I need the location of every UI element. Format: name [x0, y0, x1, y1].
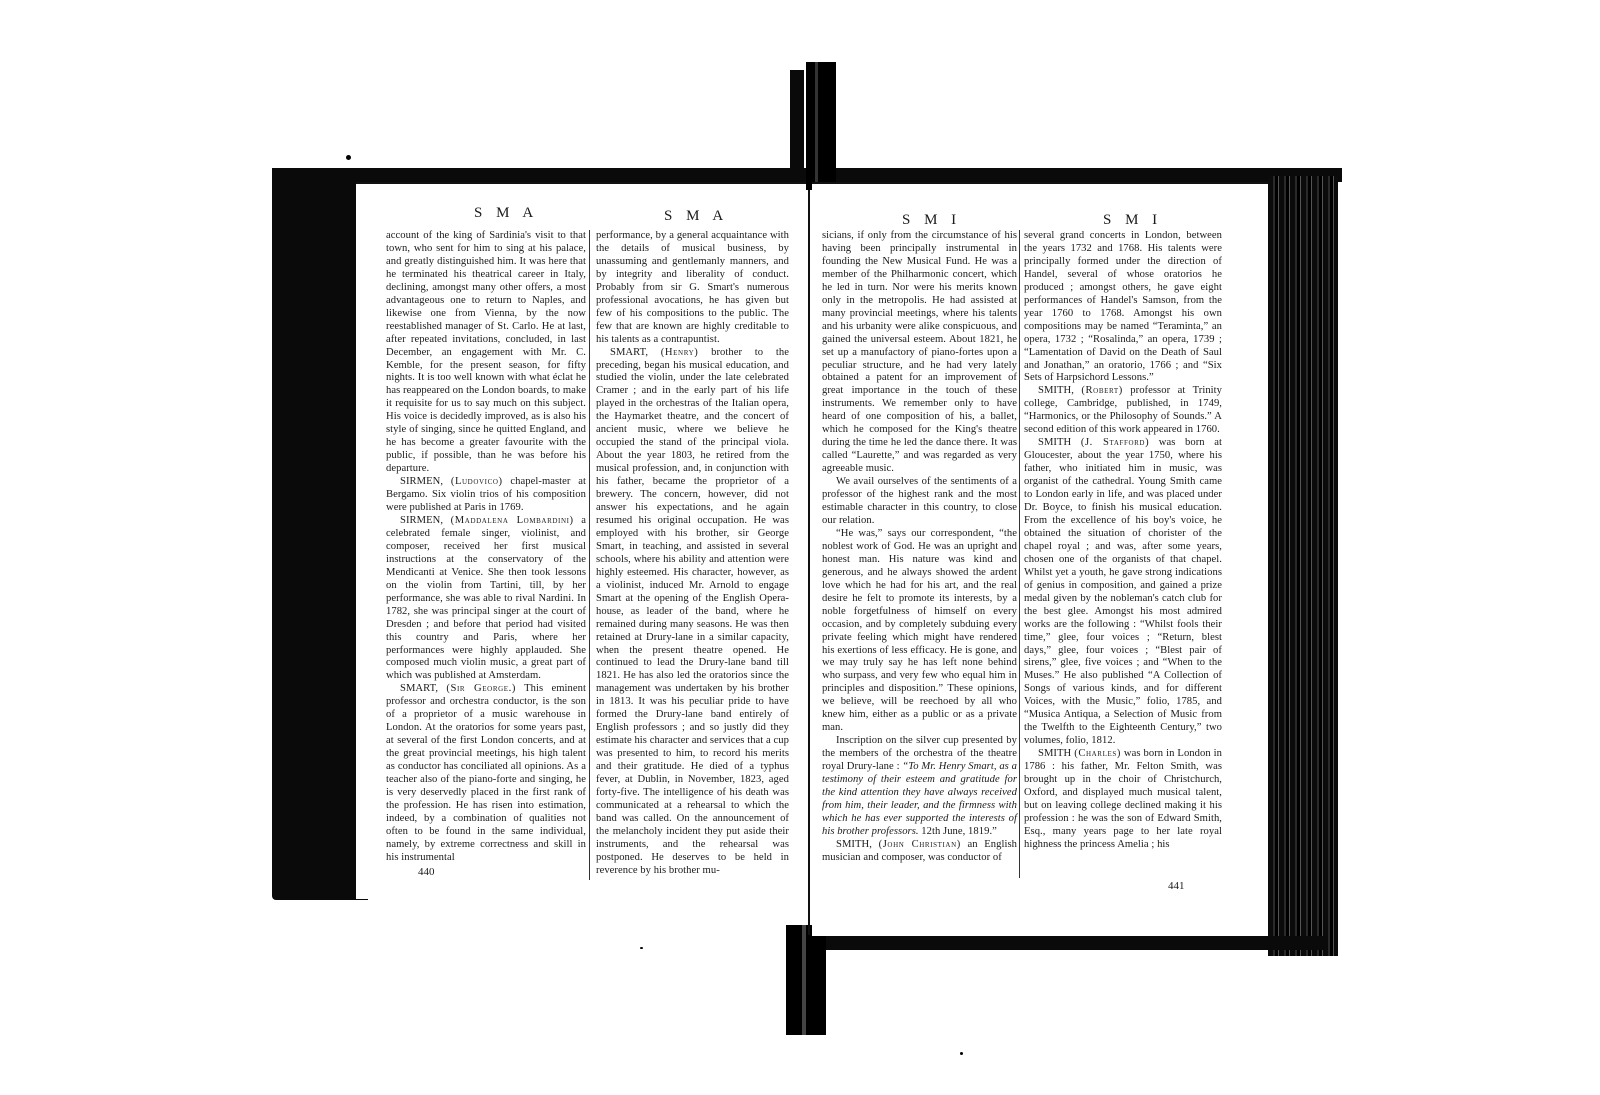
dictionary-entry: SMART, (Sir George.) This eminent profes…: [386, 683, 586, 864]
page-number: 440: [418, 866, 435, 878]
paragraph-text: sicians, if only from the circumstance o…: [822, 230, 1017, 474]
entry-text: was born in London in 1786 : his father,…: [1024, 748, 1222, 850]
entry-text: brother to the preceding, began his musi…: [596, 347, 789, 876]
running-header: S M I: [902, 212, 961, 229]
dictionary-entry: SMITH, (Robert) professor at Trinity col…: [1024, 385, 1222, 437]
running-header: S M A: [664, 208, 728, 225]
spine-top: [806, 62, 836, 190]
paragraph: sicians, if only from the circumstance o…: [822, 230, 1017, 476]
text-column: performance, by a general acquaintance w…: [596, 230, 789, 878]
dictionary-entry: SMITH (Charles) was born in London in 17…: [1024, 748, 1222, 852]
paragraph-text: performance, by a general acquaintance w…: [596, 230, 789, 345]
entry-name: (Ludovico): [451, 476, 503, 487]
paragraph-text: account of the king of Sardinia's visit …: [386, 230, 586, 474]
dictionary-entry: SMITH (J. Stafford) was born at Gloucest…: [1024, 437, 1222, 748]
paragraph: several grand concerts in London, betwee…: [1024, 230, 1222, 385]
entry-headword: SMART,: [610, 347, 648, 358]
scan-speck: [960, 1052, 963, 1055]
gutter-line: [808, 190, 810, 935]
scan-speck: [640, 947, 643, 949]
entry-name: (J. Stafford): [1081, 437, 1149, 448]
book-cover-left-edge: [272, 174, 368, 900]
entry-text: This eminent professor and orchestra con…: [386, 683, 586, 862]
running-header: S M A: [474, 205, 538, 222]
entry-headword: SIRMEN,: [400, 515, 443, 526]
dictionary-entry: SIRMEN, (Ludovico) chapel-master at Berg…: [386, 476, 586, 515]
entry-name: (John Christian): [879, 839, 961, 850]
paragraph: performance, by a general acquaintance w…: [596, 230, 789, 347]
column-rule: [589, 230, 590, 880]
scanned-book-spread: S M A S M A S M I S M I account of the k…: [0, 0, 1600, 1095]
dictionary-entry: SIRMEN, (Maddalena Lombardini) a celebra…: [386, 515, 586, 683]
text-column: account of the king of Sardinia's visit …: [386, 230, 586, 865]
entry-headword: SMITH,: [1038, 385, 1074, 396]
book-page-edges-right: [1268, 176, 1338, 956]
paragraph: account of the king of Sardinia's visit …: [386, 230, 586, 476]
scan-speck: [346, 155, 351, 160]
spine-bottom: [786, 925, 826, 1035]
book-cover-bottom-edge: [808, 936, 1328, 950]
entry-name: (Henry): [661, 347, 699, 358]
paragraph-text: “He was,” says our correspondent, “the n…: [822, 528, 1017, 733]
entry-text: a celebrated female singer, violinist, a…: [386, 515, 586, 681]
inscription-paragraph: Inscription on the silver cup presented …: [822, 735, 1017, 839]
entry-headword: SMITH: [1038, 437, 1071, 448]
entry-headword: SMART,: [400, 683, 438, 694]
entry-headword: SMITH,: [836, 839, 872, 850]
running-header: S M I: [1103, 212, 1162, 229]
text-column: several grand concerts in London, betwee…: [1024, 230, 1222, 852]
paragraph-text: We avail ourselves of the sentiments of …: [822, 476, 1017, 526]
entry-name: (Charles): [1074, 748, 1121, 759]
quotation-paragraph: “He was,” says our correspondent, “the n…: [822, 528, 1017, 735]
column-rule: [1019, 230, 1020, 878]
paragraph-text: several grand concerts in London, betwee…: [1024, 230, 1222, 383]
inscription-date: 12th June, 1819.”: [919, 826, 997, 837]
entry-name: (Robert): [1081, 385, 1122, 396]
dictionary-entry: SMART, (Henry) brother to the preceding,…: [596, 347, 789, 878]
dictionary-entry: SMITH, (John Christian) an English music…: [822, 839, 1017, 865]
paragraph: We avail ourselves of the sentiments of …: [822, 476, 1017, 528]
text-column: sicians, if only from the circumstance o…: [822, 230, 1017, 865]
page-number: 441: [1168, 880, 1185, 892]
entry-headword: SIRMEN,: [400, 476, 443, 487]
entry-headword: SMITH: [1038, 748, 1071, 759]
entry-text: was born at Gloucester, about the year 1…: [1024, 437, 1222, 746]
spine-shadow-top: [790, 70, 804, 180]
entry-name: (Maddalena Lombardini): [451, 515, 574, 526]
entry-name: (Sir George.): [446, 683, 516, 694]
